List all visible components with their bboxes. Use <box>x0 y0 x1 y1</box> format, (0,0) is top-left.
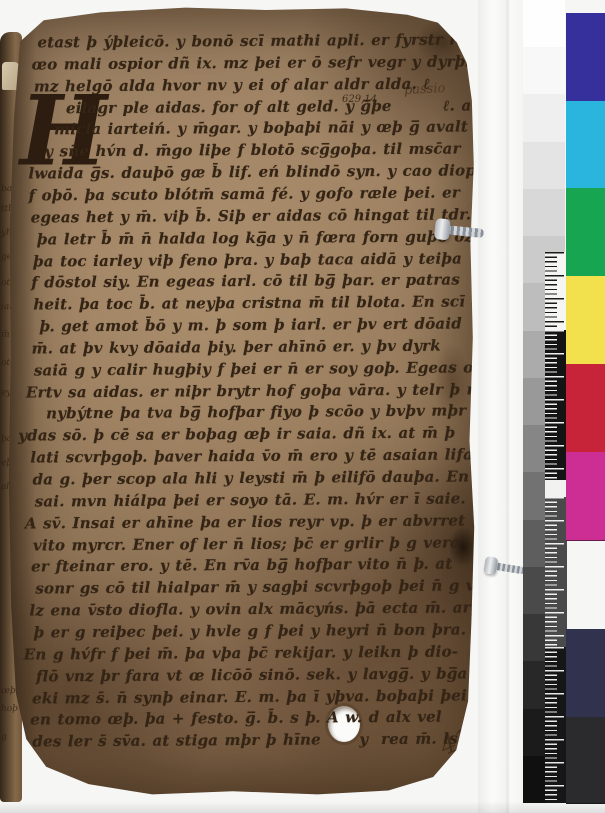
manuscript-text: etast þ ýþleicō. y bonō scī mathi apli. … <box>3 4 481 797</box>
manuscript-line: þa letr b̄ m̄ n̄ halda log kg̅a y n̄ fœr… <box>37 227 479 248</box>
gutter-bleed-text: ey <box>1 388 12 398</box>
gutter-bleed-text: ttl <box>1 204 11 214</box>
ruler-tick-marks-long <box>545 252 564 330</box>
calibration-patch-magenta <box>566 452 605 541</box>
ruler-segment <box>545 330 567 480</box>
gutter-bleed-text: œþ <box>1 686 16 697</box>
photo-backdrop: battlyhgeotēiahm̄otoeyþaeþalþœþhoþg 81 H… <box>0 0 605 813</box>
ruler-segment <box>545 647 567 803</box>
grayscale-step <box>523 0 565 48</box>
manuscript-line: eilagr ple aidas. for of alt geld. y g̅þ… <box>66 96 532 118</box>
calibration-patch-black <box>566 717 605 804</box>
manuscript-line: des ler s̄ sv̄a. at stiga mþr þ hīne y r… <box>32 730 458 751</box>
gutter-bleed-text: hoþ <box>1 704 18 715</box>
gutter-bleed-text: ba <box>1 184 12 194</box>
gutter-bleed-text: g <box>1 732 7 742</box>
manuscript-line: œo mali ospior dñ ix. mz þei er ō sefr v… <box>32 52 471 73</box>
manuscript-line: lz ena v̄sto diofla. y ovin alx mācyńs. … <box>29 598 491 619</box>
grayscale-step <box>523 142 565 190</box>
manuscript-line: ydas sō. þ cē sa er boþag œþ ir saia. dñ… <box>18 424 455 445</box>
folio-number: 81 <box>450 16 476 41</box>
gutter-bleed-text: m̄ <box>1 330 10 340</box>
calibration-patch-blue <box>566 13 605 102</box>
calibration-patch-dark-blue <box>566 629 605 718</box>
manuscript-line: m̄. at þv kvy dōaida þiy. þer ahīnō er. … <box>32 337 441 358</box>
manuscript-line: heit. þa toc b̄. at neyþa cristna m̄ til… <box>33 292 516 313</box>
calibration-patch-red <box>566 364 605 453</box>
measurement-ruler <box>545 252 567 803</box>
manuscript-line: nybýtne þa tva bg̅ hofþar fiyo þ scōo y … <box>46 401 537 422</box>
ruler-segment <box>545 252 567 330</box>
manuscript-line: lwaida g̅s. dauþō gæ b̄ lif. eń blindō s… <box>28 161 492 182</box>
ruler-tick-marks-long <box>545 647 564 803</box>
manuscript-line: Ertv sa aidas. er niþr brytr hof goþa vā… <box>26 380 483 401</box>
manuscript-line: mz helgō alda hvor nv y ei of alar aldr … <box>34 74 430 96</box>
grayscale-step <box>523 189 565 237</box>
manuscript-line: En g hv́fr f þei m̄. þa vþa þc̄ rekijar.… <box>24 642 459 663</box>
manuscript-line: f oþō. þa scuto blótm̄ samā fé. y gofo r… <box>28 183 460 204</box>
pin-head <box>434 218 451 240</box>
manuscript-line: þa toc iarley viþ feno þra. y baþ taca a… <box>33 249 462 270</box>
manuscript-line: etast þ ýþleicō. y bonō scī mathi apli. … <box>37 30 509 51</box>
manuscript-line: egeas het y m̄. viþ b̄. Siþ er aidas cō … <box>31 205 472 226</box>
manuscript-line: da g. þer scop ala hli y leysti m̄ þ eil… <box>32 467 490 488</box>
grayscale-step <box>523 94 565 142</box>
manuscript-line: sai. mvn hiálpa þei er soyo tā. E. m. hv… <box>35 489 466 510</box>
manuscript-line: A sv̄. Insai er ahīne þa er lios reyr vp… <box>25 511 466 532</box>
manuscript-line: er fteinar ero. y tē. En rv̄a bg̅ hofþar… <box>31 555 452 576</box>
manuscript-line: saiā g y calir hugþiy f þei er n̄ er soy… <box>34 358 484 379</box>
ruler-segment <box>545 497 567 647</box>
manuscript-line: flō vnz þr fara vt œ licōō sinō. sek. y … <box>36 664 468 685</box>
manuscript-line: sonr gs cō til hialpar m̄ y sagþi scvrþg… <box>35 577 485 598</box>
manuscript-line: micla iarteiń. y m̄gar. y boþaþi nāi y œ… <box>54 118 495 139</box>
calibration-patch-cyan <box>566 101 605 189</box>
manuscript-line: y sn̄e hv́n d. m̄go liþe f blotō scg̅goþ… <box>44 140 461 161</box>
manuscript-line: eki mz s̄. n̄ synþ einar. E. m. þa ī yþv… <box>32 686 467 707</box>
ruler-tick-marks-long <box>545 330 564 480</box>
bottom-shadow <box>0 801 605 813</box>
calibration-patch-green <box>566 188 605 277</box>
ruler-tick-marks-long <box>545 497 564 647</box>
manuscript-line: þ er g reiþec þei. y hvle g f þei y heyr… <box>34 620 467 641</box>
manuscript-line: vito myrcr. Ener of ler n̄ lios; þc̄ er … <box>33 533 460 554</box>
manuscript-line: en tomo œþ. þa + festo. g̅. b̄. s þ. A w… <box>30 708 442 729</box>
backdrop-board-strip <box>478 0 524 813</box>
manuscript-line: f dōstol siy. En egeas iarl. cō til bg̅ … <box>31 271 460 292</box>
ruler-segment <box>545 480 567 497</box>
manuscript-page: 81 H passio 629,14 41 etast þ ýþleicō. y… <box>6 6 478 796</box>
grayscale-step <box>523 47 565 95</box>
manuscript-line: lati scvrþgoþ. þaver haida v̄o m̄ ero y … <box>30 445 479 466</box>
color-calibration-patches <box>566 0 605 813</box>
calibration-patch-yellow <box>566 276 605 365</box>
manuscript-line: þ. get amot b̄ō y m. þ som þ iarl. er þv… <box>39 315 462 336</box>
